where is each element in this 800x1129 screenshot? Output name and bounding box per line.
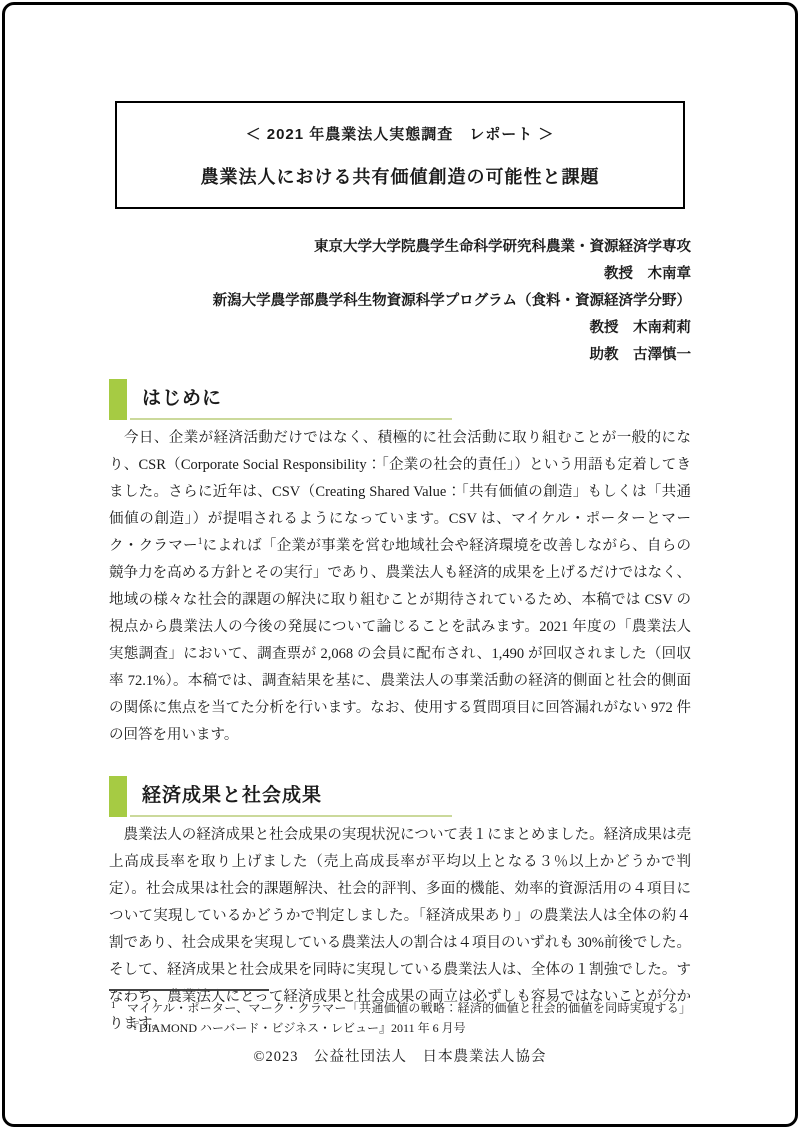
introduction-paragraph: 今日、企業が経済活動だけではなく、積極的に社会活動に取り組むことが一般的になり、… (109, 425, 691, 749)
footnote-text: マイケル・ポーター、マーク・クラマー「共通価値の戦略：経済的価値と社会的価値を同… (127, 998, 691, 1038)
footnote: 1 マイケル・ポーター、マーク・クラマー「共通価値の戦略：経済的価値と社会的価値… (109, 998, 691, 1038)
author-affiliation-1: 東京大学大学院農学生命科学研究科農業・資源経済学専攻 (109, 234, 691, 261)
section-heading-text: 経済成果と社会成果 (127, 780, 322, 813)
section-introduction: はじめに 今日、企業が経済活動だけではなく、積極的に社会活動に取り組むことが一般… (109, 379, 691, 749)
heading-underline (130, 815, 452, 817)
page-frame: ＜ 2021 年農業法人実態調査 レポート ＞ 農業法人における共有価値創造の可… (2, 2, 798, 1127)
author-affiliation-2: 新潟大学農学部農学科生物資源科学プログラム（食料・資源経済学分野） (109, 288, 691, 315)
footnote-marker: 1 (109, 998, 127, 1038)
heading-accent-square (109, 379, 127, 420)
heading-underline (130, 418, 452, 420)
report-page: ＜ 2021 年農業法人実態調査 レポート ＞ 農業法人における共有価値創造の可… (5, 5, 795, 1124)
report-title: 農業法人における共有価値創造の可能性と課題 (125, 163, 675, 189)
paragraph-text: 今日、企業が経済活動だけではなく、積極的に社会活動に取り組むことが一般的になり、… (109, 430, 691, 554)
report-title-box: ＜ 2021 年農業法人実態調査 レポート ＞ 農業法人における共有価値創造の可… (115, 101, 685, 209)
footnote-separator (109, 989, 269, 991)
footnote-area: 1 マイケル・ポーター、マーク・クラマー「共通価値の戦略：経済的価値と社会的価値… (109, 989, 691, 1038)
author-name-2: 教授 木南莉莉 (109, 315, 691, 342)
section-heading-text: はじめに (127, 383, 222, 416)
section-heading-outcomes: 経済成果と社会成果 (109, 776, 691, 817)
copyright-footer: ©2023 公益社団法人 日本農業法人協会 (5, 1045, 795, 1066)
report-subtitle: ＜ 2021 年農業法人実態調査 レポート ＞ (125, 123, 675, 144)
heading-accent-square (109, 776, 127, 817)
author-block: 東京大学大学院農学生命科学研究科農業・資源経済学専攻 教授 木南章 新潟大学農学… (109, 234, 691, 369)
author-name-3: 助教 古澤慎一 (109, 342, 691, 369)
section-heading-introduction: はじめに (109, 379, 691, 420)
author-name-1: 教授 木南章 (109, 261, 691, 288)
paragraph-text: によれば「企業が事業を営む地域社会や経済環境を改善しながら、自らの競争力を高める… (109, 538, 691, 743)
